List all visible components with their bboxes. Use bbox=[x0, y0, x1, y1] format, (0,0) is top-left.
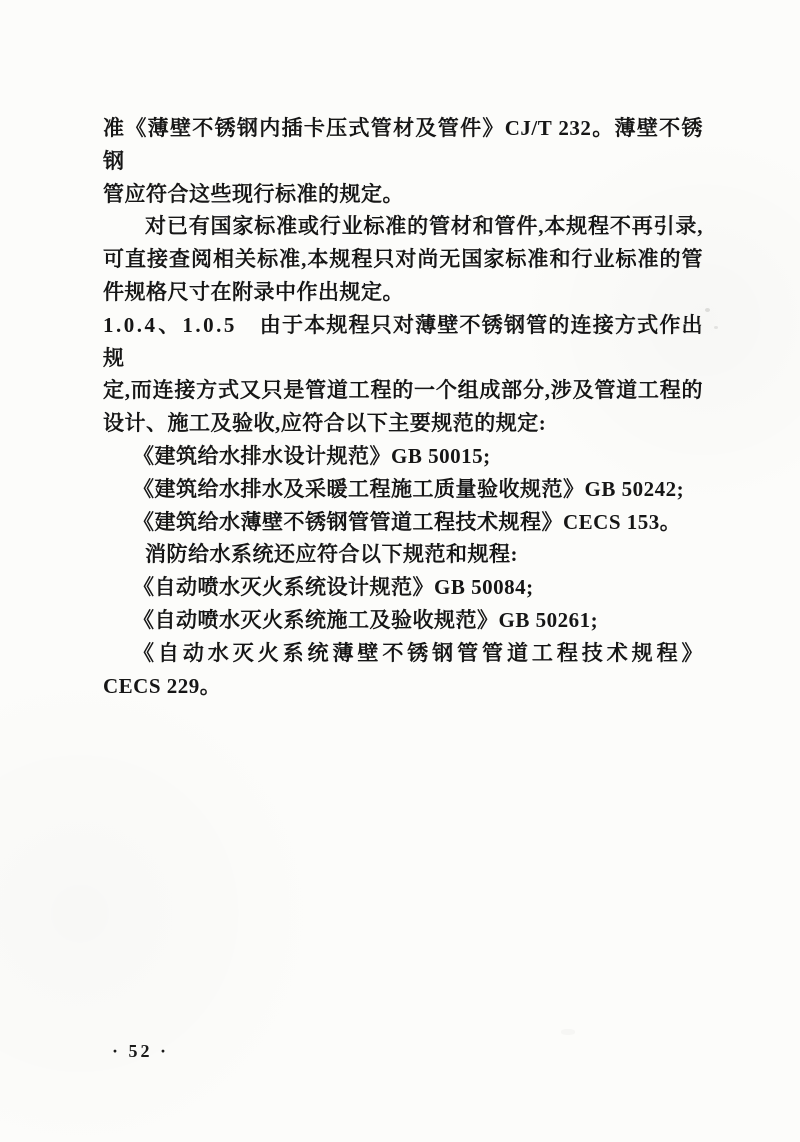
scan-speck bbox=[705, 308, 710, 312]
text-line: 对已有国家标准或行业标准的管材和管件,本规程不再引录, bbox=[103, 210, 703, 243]
page-number: · 52 · bbox=[112, 1041, 169, 1062]
text-line: 《自动水灭火系统薄壁不锈钢管管道工程技术规程》 bbox=[103, 637, 703, 670]
text-line: 准《薄壁不锈钢内插卡压式管材及管件》CJ/T 232。薄壁不锈钢 bbox=[103, 112, 703, 178]
text-line: 管应符合这些现行标准的规定。 bbox=[103, 178, 703, 211]
text-line: 可直接查阅相关标准,本规程只对尚无国家标准和行业标准的管 bbox=[103, 243, 703, 276]
text-line: 设计、施工及验收,应符合以下主要规范的规定: bbox=[103, 407, 703, 440]
scan-speck bbox=[561, 1029, 575, 1035]
text-line: 《自动喷水灭火系统施工及验收规范》GB 50261; bbox=[103, 604, 703, 637]
text-line: 《建筑给水排水及采暖工程施工质量验收规范》GB 50242; bbox=[103, 473, 703, 506]
scan-speck bbox=[714, 326, 718, 329]
text-line: 1.0.4、1.0.5 由于本规程只对薄壁不锈钢管的连接方式作出规 bbox=[103, 309, 703, 375]
body-text: 准《薄壁不锈钢内插卡压式管材及管件》CJ/T 232。薄壁不锈钢管应符合这些现行… bbox=[103, 112, 703, 702]
text-line: 消防给水系统还应符合以下规范和规程: bbox=[103, 538, 703, 571]
text-line: 《建筑给水薄壁不锈钢管管道工程技术规程》CECS 153。 bbox=[103, 506, 703, 539]
text-line: CECS 229。 bbox=[103, 670, 703, 703]
text-line: 《建筑给水排水设计规范》GB 50015; bbox=[103, 440, 703, 473]
scanned-document-page: 准《薄壁不锈钢内插卡压式管材及管件》CJ/T 232。薄壁不锈钢管应符合这些现行… bbox=[0, 0, 800, 1142]
text-line: 定,而连接方式又只是管道工程的一个组成部分,涉及管道工程的 bbox=[103, 374, 703, 407]
section-number: 1.0.4、1.0.5 bbox=[103, 313, 237, 337]
text-line: 《自动喷水灭火系统设计规范》GB 50084; bbox=[103, 571, 703, 604]
text-line: 件规格尺寸在附录中作出规定。 bbox=[103, 276, 703, 309]
